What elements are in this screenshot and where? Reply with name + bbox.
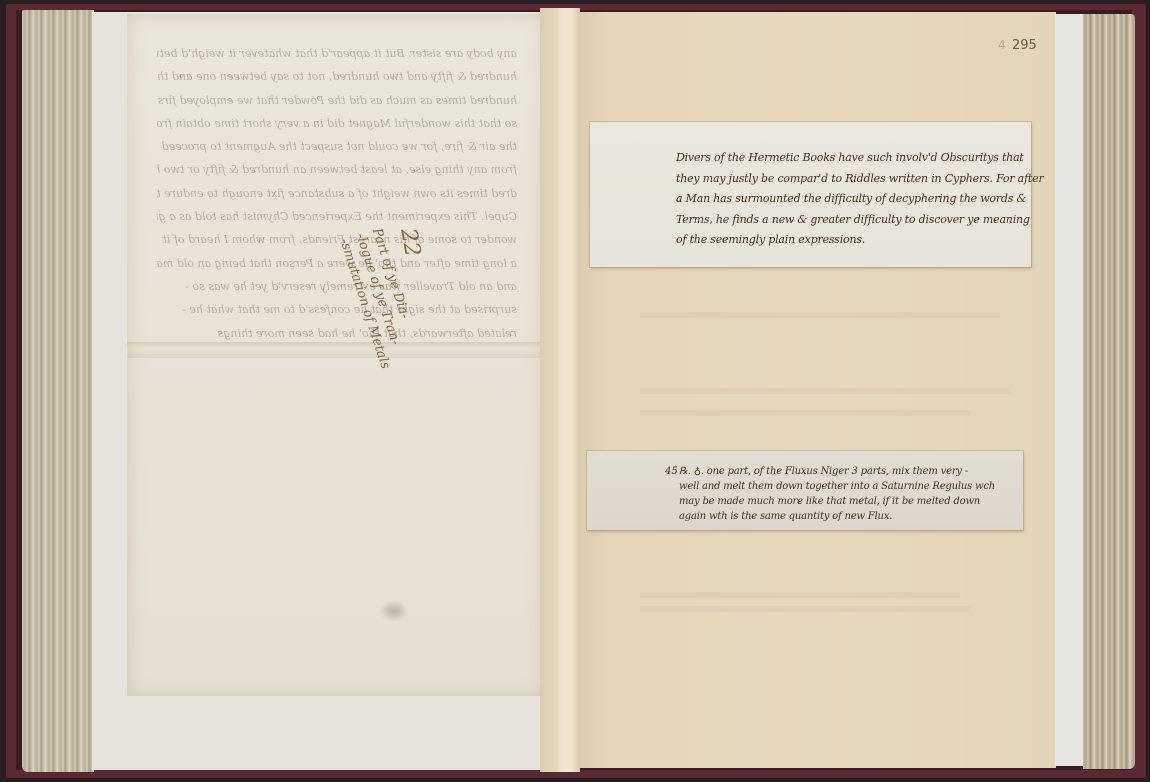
slip-line: they may justly be compar'd to Riddles w… [676,169,1026,190]
page-edges-left [22,10,94,772]
bleed-line: surprised at the sight that he confess'd… [157,298,517,321]
pasted-slip-hermetic-books: Divers of the Hermetic Books have such i… [590,122,1031,267]
bleed-through-mark [640,606,970,612]
slip-text: Divers of the Hermetic Books have such i… [676,148,1026,251]
slip-line: Terms, he finds a new & greater difficul… [676,210,1026,231]
bleed-through-text: any body are sister. But it appear'd tha… [157,42,517,345]
slip-line: ℞. ♁. one part, of the Fluxus Niger 3 pa… [679,464,1014,479]
slip-number: 45 [665,464,678,479]
page-edges-right [1083,14,1135,769]
bleed-line: from any thing else, at least between an… [157,158,517,181]
pasted-slip-fluxus-niger: 45 ℞. ♁. one part, of the Fluxus Niger 3… [587,451,1023,530]
bleed-through-mark [640,312,1000,318]
slip-text: ℞. ♁. one part, of the Fluxus Niger 3 pa… [679,464,1014,524]
gutter-fold [540,8,580,772]
bleed-line: dred times its own weight of a substance… [157,182,517,205]
letter-fold-crease [127,342,545,358]
slip-line: a Man has surmounted the difficulty of d… [676,189,1026,210]
bleed-line: any body are sister. But it appear'd tha… [157,42,517,65]
bleed-line: a long time after and tho' he were a Per… [157,252,517,275]
slip-line: well and melt them down together into a … [679,479,1014,494]
bleed-line: the air & fire, for we could not suspect… [157,135,517,158]
bleed-through-mark [640,388,1010,394]
bleed-through-mark [640,410,970,416]
slip-line: may be made much more like that metal, i… [679,494,1014,509]
bleed-line: so that this wonderful Magnet did in a v… [157,112,517,135]
margin-annotation-number: 22 [395,227,424,259]
slip-line: Divers of the Hermetic Books have such i… [676,148,1026,169]
right-mount-strip [1055,14,1083,766]
bleed-line: Cupel. This experiment the Experienced C… [157,205,517,228]
slip-line: of the seemingly plain expressions. [676,230,1026,251]
bleed-through-mark [640,592,960,598]
bleed-line: hundred times as much as did the Powder … [157,89,517,112]
slip-line: again wth is the same quantity of new Fl… [679,509,1014,524]
pencil-mark: 4 [998,38,1006,52]
bleed-line: and an old Traveller was extremely reser… [157,275,517,298]
ink-stain [379,600,409,622]
mounted-letter: any body are sister. But it appear'd tha… [127,14,545,696]
folio-number: 295 [1012,38,1037,53]
bleed-line: hundred & fifty and two hundred, not to … [157,65,517,88]
